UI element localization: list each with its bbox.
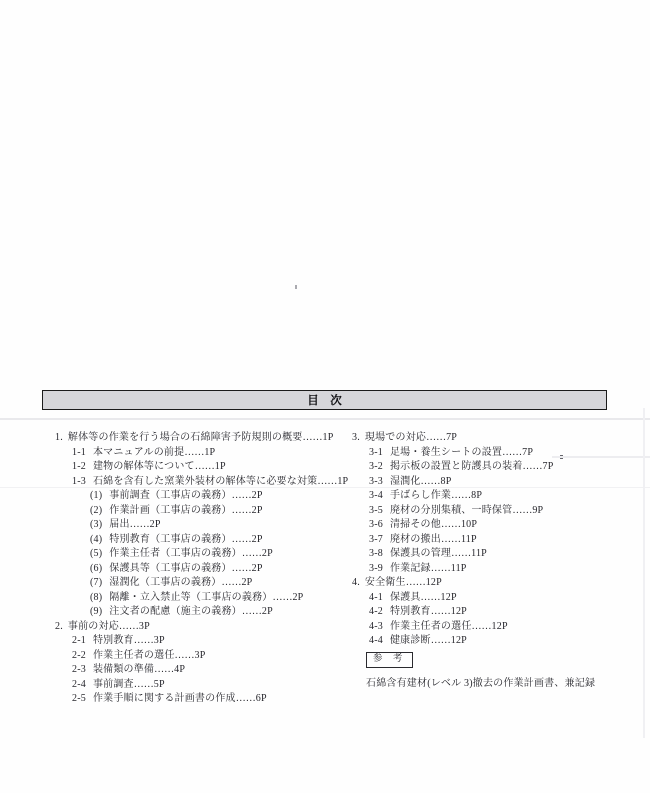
toc-entry-number: 2-2 <box>72 650 86 661</box>
toc-entry: (9)注文者の配慮（施主の義務）……2P <box>55 605 352 620</box>
toc-entry: (3)届出……2P <box>55 518 352 533</box>
toc-entry-page: 12P <box>451 606 467 617</box>
toc-entry-page: 1P <box>337 476 348 487</box>
toc-entry-page: 1P <box>204 447 215 458</box>
toc-entry-number: 2-1 <box>72 635 86 646</box>
toc-leader-dots: …… <box>232 505 252 516</box>
toc-entry-number: 2-4 <box>72 679 86 690</box>
toc-left-column: 1.解体等の作業を行う場合の石綿障害予防規則の概要……1P1-1本マニュアルの前… <box>55 431 352 707</box>
toc-entry-title: 特別教育 <box>390 606 431 617</box>
toc-leader-dots: …… <box>431 563 451 574</box>
toc-entry-number: 1. <box>55 432 63 443</box>
toc-entry-title: 隔離・立入禁止等（工事店の義務） <box>109 592 272 603</box>
toc-entry-number: 4-3 <box>369 621 383 632</box>
toc-entry-number: 1-3 <box>72 476 86 487</box>
toc-leader-dots: …… <box>236 693 256 704</box>
toc-entry-page: 11P <box>451 563 467 574</box>
toc-entry-title: 作業主任者の選任 <box>390 621 472 632</box>
toc-entry-page: 12P <box>492 621 508 632</box>
toc-entry-number: 1-1 <box>72 447 86 458</box>
toc-entry-page: 2P <box>252 505 263 516</box>
toc-entry: 2-3装備類の準備……4P <box>55 663 352 678</box>
scan-artifact-line <box>643 408 645 738</box>
toc-entry: 4-1保護具……12P <box>352 591 608 606</box>
toc-entry: 2-1特別教育……3P <box>55 634 352 649</box>
reference-label-box: 参 考 <box>366 652 413 668</box>
toc-entry-page: 1P <box>323 432 334 443</box>
toc-entry: 2-4事前調査……5P <box>55 678 352 693</box>
toc-entry-page: 8P <box>471 490 482 501</box>
toc-entry-title: 安全衛生 <box>365 577 406 588</box>
toc-entry-title: 健康診断 <box>390 635 431 646</box>
toc-entry-page: 7P <box>522 447 533 458</box>
toc-leader-dots: …… <box>431 606 451 617</box>
toc-entry-page: 2P <box>252 490 263 501</box>
toc-entry-page: 7P <box>446 432 457 443</box>
toc-entry-number: (2) <box>90 505 102 516</box>
toc-entry-number: 3-4 <box>369 490 383 501</box>
toc-entry-title: 作業記録 <box>390 563 431 574</box>
toc-entry-title: 手ばらし作業 <box>390 490 451 501</box>
toc-entry-page: 9P <box>532 505 543 516</box>
reference-block: 参 考 石綿含有建材(レベル 3)撤去の作業計画書、兼記録 <box>366 652 595 689</box>
toc-entry: 3-6清掃その他……10P <box>352 518 608 533</box>
toc-leader-dots: …… <box>154 664 174 675</box>
toc-entry-page: 1P <box>215 461 226 472</box>
toc-entry-page: 11P <box>461 534 477 545</box>
toc-entry-title: 石綿を含有した窯業外装材の解体等に必要な対策 <box>93 476 317 487</box>
toc-entry-page: 2P <box>292 592 303 603</box>
toc-leader-dots: …… <box>232 490 252 501</box>
toc-entry-number: 3-9 <box>369 563 383 574</box>
toc-entry-title: 作業主任者の選任 <box>93 650 175 661</box>
toc-entry-title: 作業手順に関する計画書の作成 <box>93 693 236 704</box>
toc-entry: 3-3湿潤化……8P <box>352 475 608 490</box>
toc-leader-dots: …… <box>451 490 471 501</box>
toc-entry-page: 12P <box>441 592 457 603</box>
toc-leader-dots: …… <box>421 592 441 603</box>
toc-entry-number: 3. <box>352 432 360 443</box>
toc-title: 目 次 <box>307 392 342 408</box>
toc-entry-page: 2P <box>252 563 263 574</box>
toc-leader-dots: …… <box>130 519 150 530</box>
toc-entry: 1-3石綿を含有した窯業外装材の解体等に必要な対策……1P <box>55 475 352 490</box>
toc-entry-title: 保護具等（工事店の義務） <box>109 563 231 574</box>
toc-entry-page: 12P <box>451 635 467 646</box>
toc-leader-dots: …… <box>441 519 461 530</box>
toc-entry-title: 保護具 <box>390 592 421 603</box>
toc-entry: (7)湿潤化（工事店の義務）……2P <box>55 576 352 591</box>
toc-entry-title: 届出 <box>109 519 129 530</box>
toc-entry-number: 4-4 <box>369 635 383 646</box>
toc-entry-number: 3-1 <box>369 447 383 458</box>
toc-leader-dots: …… <box>303 432 323 443</box>
toc-entry-page: 3P <box>139 621 150 632</box>
toc-entry-number: 4. <box>352 577 360 588</box>
toc-leader-dots: …… <box>426 432 446 443</box>
toc-entry-title: 建物の解体等について <box>93 461 195 472</box>
toc-leader-dots: …… <box>441 534 461 545</box>
toc-entry-number: (1) <box>90 490 102 501</box>
toc-entry-number: (4) <box>90 534 102 545</box>
toc-leader-dots: …… <box>119 621 139 632</box>
toc-entry-page: 2P <box>262 548 273 559</box>
toc-entry-title: 廃材の搬出 <box>390 534 441 545</box>
toc-leader-dots: …… <box>242 548 262 559</box>
toc-entry-page: 6P <box>256 693 267 704</box>
toc-entry-page: 11P <box>471 548 487 559</box>
toc-entry: 3-1足場・養生シートの設置……7P <box>352 446 608 461</box>
toc-entry-page: 12P <box>426 577 442 588</box>
toc-entry: 2.事前の対応……3P <box>55 620 352 635</box>
toc-entry-number: 4-2 <box>369 606 383 617</box>
toc-right-column: 3.現場での対応……7P3-1足場・養生シートの設置……7P3-2掲示板の設置と… <box>352 431 608 649</box>
toc-leader-dots: …… <box>406 577 426 588</box>
toc-entry: 2-5作業手順に関する計画書の作成……6P <box>55 692 352 707</box>
toc-entry: (8)隔離・立入禁止等（工事店の義務）……2P <box>55 591 352 606</box>
toc-leader-dots: …… <box>317 476 337 487</box>
toc-entry-page: 4P <box>174 664 185 675</box>
toc-header-bar: 目 次 <box>42 390 607 410</box>
toc-leader-dots: …… <box>134 679 154 690</box>
toc-entry: 4.安全衛生……12P <box>352 576 608 591</box>
toc-entry-page: 2P <box>252 534 263 545</box>
toc-entry-number: (6) <box>90 563 102 574</box>
toc-entry-title: 湿潤化 <box>390 476 421 487</box>
toc-entry: 3.現場での対応……7P <box>352 431 608 446</box>
toc-entry-title: 注文者の配慮（施主の義務） <box>109 606 242 617</box>
toc-entry-title: 事前調査（工事店の義務） <box>109 490 231 501</box>
toc-entry-number: 2. <box>55 621 63 632</box>
toc-entry-title: 事前の対応 <box>68 621 119 632</box>
toc-entry: (4)特別教育（工事店の義務）……2P <box>55 533 352 548</box>
toc-leader-dots: …… <box>512 505 532 516</box>
toc-entry-title: 廃材の分別集積、一時保管 <box>390 505 512 516</box>
toc-entry: 3-2掲示板の設置と防護具の装着……7P <box>352 460 608 475</box>
toc-entry-page: 7P <box>543 461 554 472</box>
toc-leader-dots: …… <box>134 635 154 646</box>
toc-entry-number: 3-6 <box>369 519 383 530</box>
toc-leader-dots: …… <box>195 461 215 472</box>
toc-entry-number: 3-3 <box>369 476 383 487</box>
toc-entry-page: 2P <box>150 519 161 530</box>
toc-entry-number: 4-1 <box>369 592 383 603</box>
toc-entry: 1.解体等の作業を行う場合の石綿障害予防規則の概要……1P <box>55 431 352 446</box>
toc-entry-number: (3) <box>90 519 102 530</box>
toc-entry-number: 2-3 <box>72 664 86 675</box>
toc-entry-number: 1-2 <box>72 461 86 472</box>
toc-leader-dots: …… <box>175 650 195 661</box>
toc-entry: (2)作業計画（工事店の義務）……2P <box>55 504 352 519</box>
toc-entry: 2-2作業主任者の選任……3P <box>55 649 352 664</box>
toc-entry-title: 足場・養生シートの設置 <box>390 447 502 458</box>
toc-entry: 3-8保護具の管理……11P <box>352 547 608 562</box>
toc-entry: (1)事前調査（工事店の義務）……2P <box>55 489 352 504</box>
toc-entry: 4-3作業主任者の選任……12P <box>352 620 608 635</box>
toc-entry-number: 2-5 <box>72 693 86 704</box>
toc-leader-dots: …… <box>421 476 441 487</box>
toc-entry-title: 特別教育（工事店の義務） <box>109 534 231 545</box>
toc-entry: (6)保護具等（工事店の義務）……2P <box>55 562 352 577</box>
toc-leader-dots: …… <box>472 621 492 632</box>
toc-entry: 1-2建物の解体等について……1P <box>55 460 352 475</box>
toc-leader-dots: …… <box>502 447 522 458</box>
toc-leader-dots: …… <box>221 577 241 588</box>
toc-entry-number: 3-2 <box>369 461 383 472</box>
toc-entry-title: 本マニュアルの前提 <box>93 447 184 458</box>
toc-entry: 3-4手ばらし作業……8P <box>352 489 608 504</box>
toc-entry-title: 装備類の準備 <box>93 664 154 675</box>
toc-entry: 4-2特別教育……12P <box>352 605 608 620</box>
toc-leader-dots: …… <box>451 548 471 559</box>
toc-entry-page: 3P <box>154 635 165 646</box>
toc-entry-number: (8) <box>90 592 102 603</box>
toc-entry-title: 掲示板の設置と防護具の装着 <box>390 461 523 472</box>
toc-entry-title: 事前調査 <box>93 679 134 690</box>
toc-entry-number: (9) <box>90 606 102 617</box>
reference-note: 石綿含有建材(レベル 3)撤去の作業計画書、兼記録 <box>366 674 595 689</box>
toc-entry-number: 3-8 <box>369 548 383 559</box>
toc-leader-dots: …… <box>232 534 252 545</box>
scan-artifact-line <box>0 418 650 420</box>
toc-leader-dots: …… <box>242 606 262 617</box>
toc-entry-title: 作業主任者（工事店の義務） <box>109 548 242 559</box>
toc-entry: 3-7廃材の搬出……11P <box>352 533 608 548</box>
toc-leader-dots: …… <box>272 592 292 603</box>
toc-entry-title: 解体等の作業を行う場合の石綿障害予防規則の概要 <box>68 432 303 443</box>
toc-entry-number: 3-5 <box>369 505 383 516</box>
toc-entry-title: 作業計画（工事店の義務） <box>109 505 231 516</box>
toc-entry-number: (7) <box>90 577 102 588</box>
toc-entry-number: 3-7 <box>369 534 383 545</box>
toc-entry-page: 3P <box>195 650 206 661</box>
scanned-document-page: 目 次 1.解体等の作業を行う場合の石綿障害予防規則の概要……1P1-1本マニュ… <box>0 0 650 793</box>
scan-speck <box>295 285 297 289</box>
toc-entry: 3-9作業記録……11P <box>352 562 608 577</box>
toc-entry: 3-5廃材の分別集積、一時保管……9P <box>352 504 608 519</box>
toc-entry: 1-1本マニュアルの前提……1P <box>55 446 352 461</box>
toc-entry-number: (5) <box>90 548 102 559</box>
toc-entry: 4-4健康診断……12P <box>352 634 608 649</box>
toc-entry-title: 湿潤化（工事店の義務） <box>109 577 221 588</box>
toc-entry-page: 5P <box>154 679 165 690</box>
toc-entry-page: 8P <box>441 476 452 487</box>
toc-entry-page: 2P <box>241 577 252 588</box>
toc-leader-dots: …… <box>184 447 204 458</box>
toc-leader-dots: …… <box>431 635 451 646</box>
toc-entry-title: 保護具の管理 <box>390 548 451 559</box>
toc-leader-dots: …… <box>523 461 543 472</box>
toc-entry-page: 2P <box>262 606 273 617</box>
toc-entry-title: 清掃その他 <box>390 519 441 530</box>
toc-entry-title: 特別教育 <box>93 635 134 646</box>
toc-entry-title: 現場での対応 <box>365 432 426 443</box>
toc-entry: (5)作業主任者（工事店の義務）……2P <box>55 547 352 562</box>
toc-leader-dots: …… <box>232 563 252 574</box>
toc-entry-page: 10P <box>461 519 477 530</box>
